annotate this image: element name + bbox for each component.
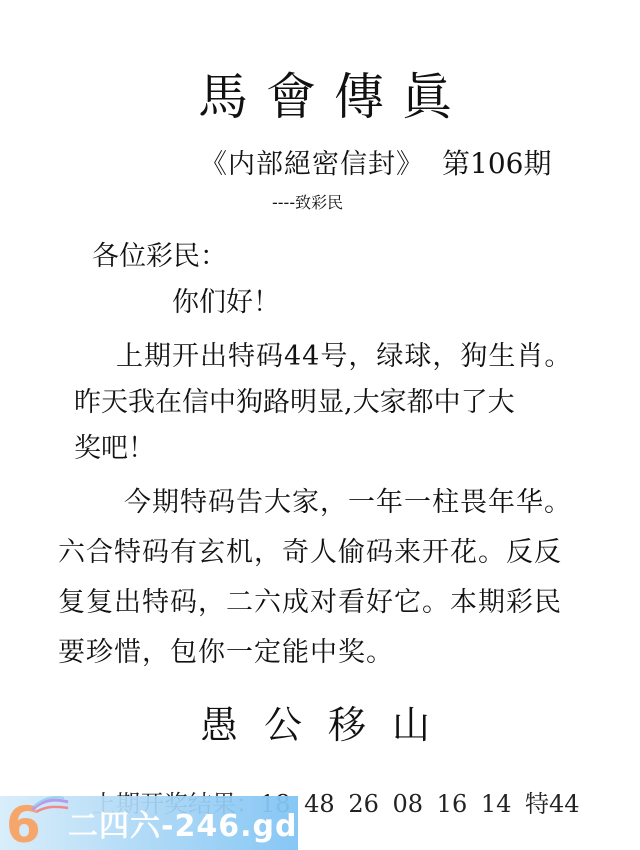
paragraph-1-line-1: 上期开出特码44号，绿球，狗生肖。	[116, 334, 572, 373]
greeting: 各位彩民：	[92, 234, 227, 273]
paragraph-2-line-1: 今期特码告大家，一年一柱畏年华。	[124, 480, 572, 519]
issue-number: 第106期	[442, 142, 551, 182]
paragraph-2-line-2: 六合特码有玄机，奇人偷码来开花。反反	[58, 530, 562, 569]
paragraph-1-line-3: 奖吧！	[74, 426, 155, 465]
subtitle: 《内部絕密信封》	[200, 142, 424, 181]
paragraph-2-line-3: 复复出特码，二六成对看好它。本期彩民	[58, 580, 562, 619]
document-page: 馬會傳眞 《内部絕密信封》 第106期 ----致彩民 各位彩民： 你们好！ 上…	[0, 0, 640, 850]
paragraph-1-line-2: 昨天我在信中狗路明显,大家都中了大	[74, 380, 515, 419]
recipient-line: ----致彩民	[272, 190, 343, 213]
watermark-banner: 6 二四六-246.gd	[0, 796, 298, 850]
salutation: 你们好！	[172, 280, 280, 319]
subtitle-row: 《内部絕密信封》 第106期	[200, 142, 551, 182]
paragraph-2-line-4: 要珍惜，包你一定能中奖。	[58, 630, 394, 669]
watermark-text: 二四六-246.gd	[68, 801, 297, 845]
six-logo-icon: 6	[4, 796, 54, 850]
page-title: 馬會傳眞	[0, 64, 640, 130]
swoosh-icon	[30, 796, 70, 814]
signature: 愚公移山	[0, 694, 640, 749]
